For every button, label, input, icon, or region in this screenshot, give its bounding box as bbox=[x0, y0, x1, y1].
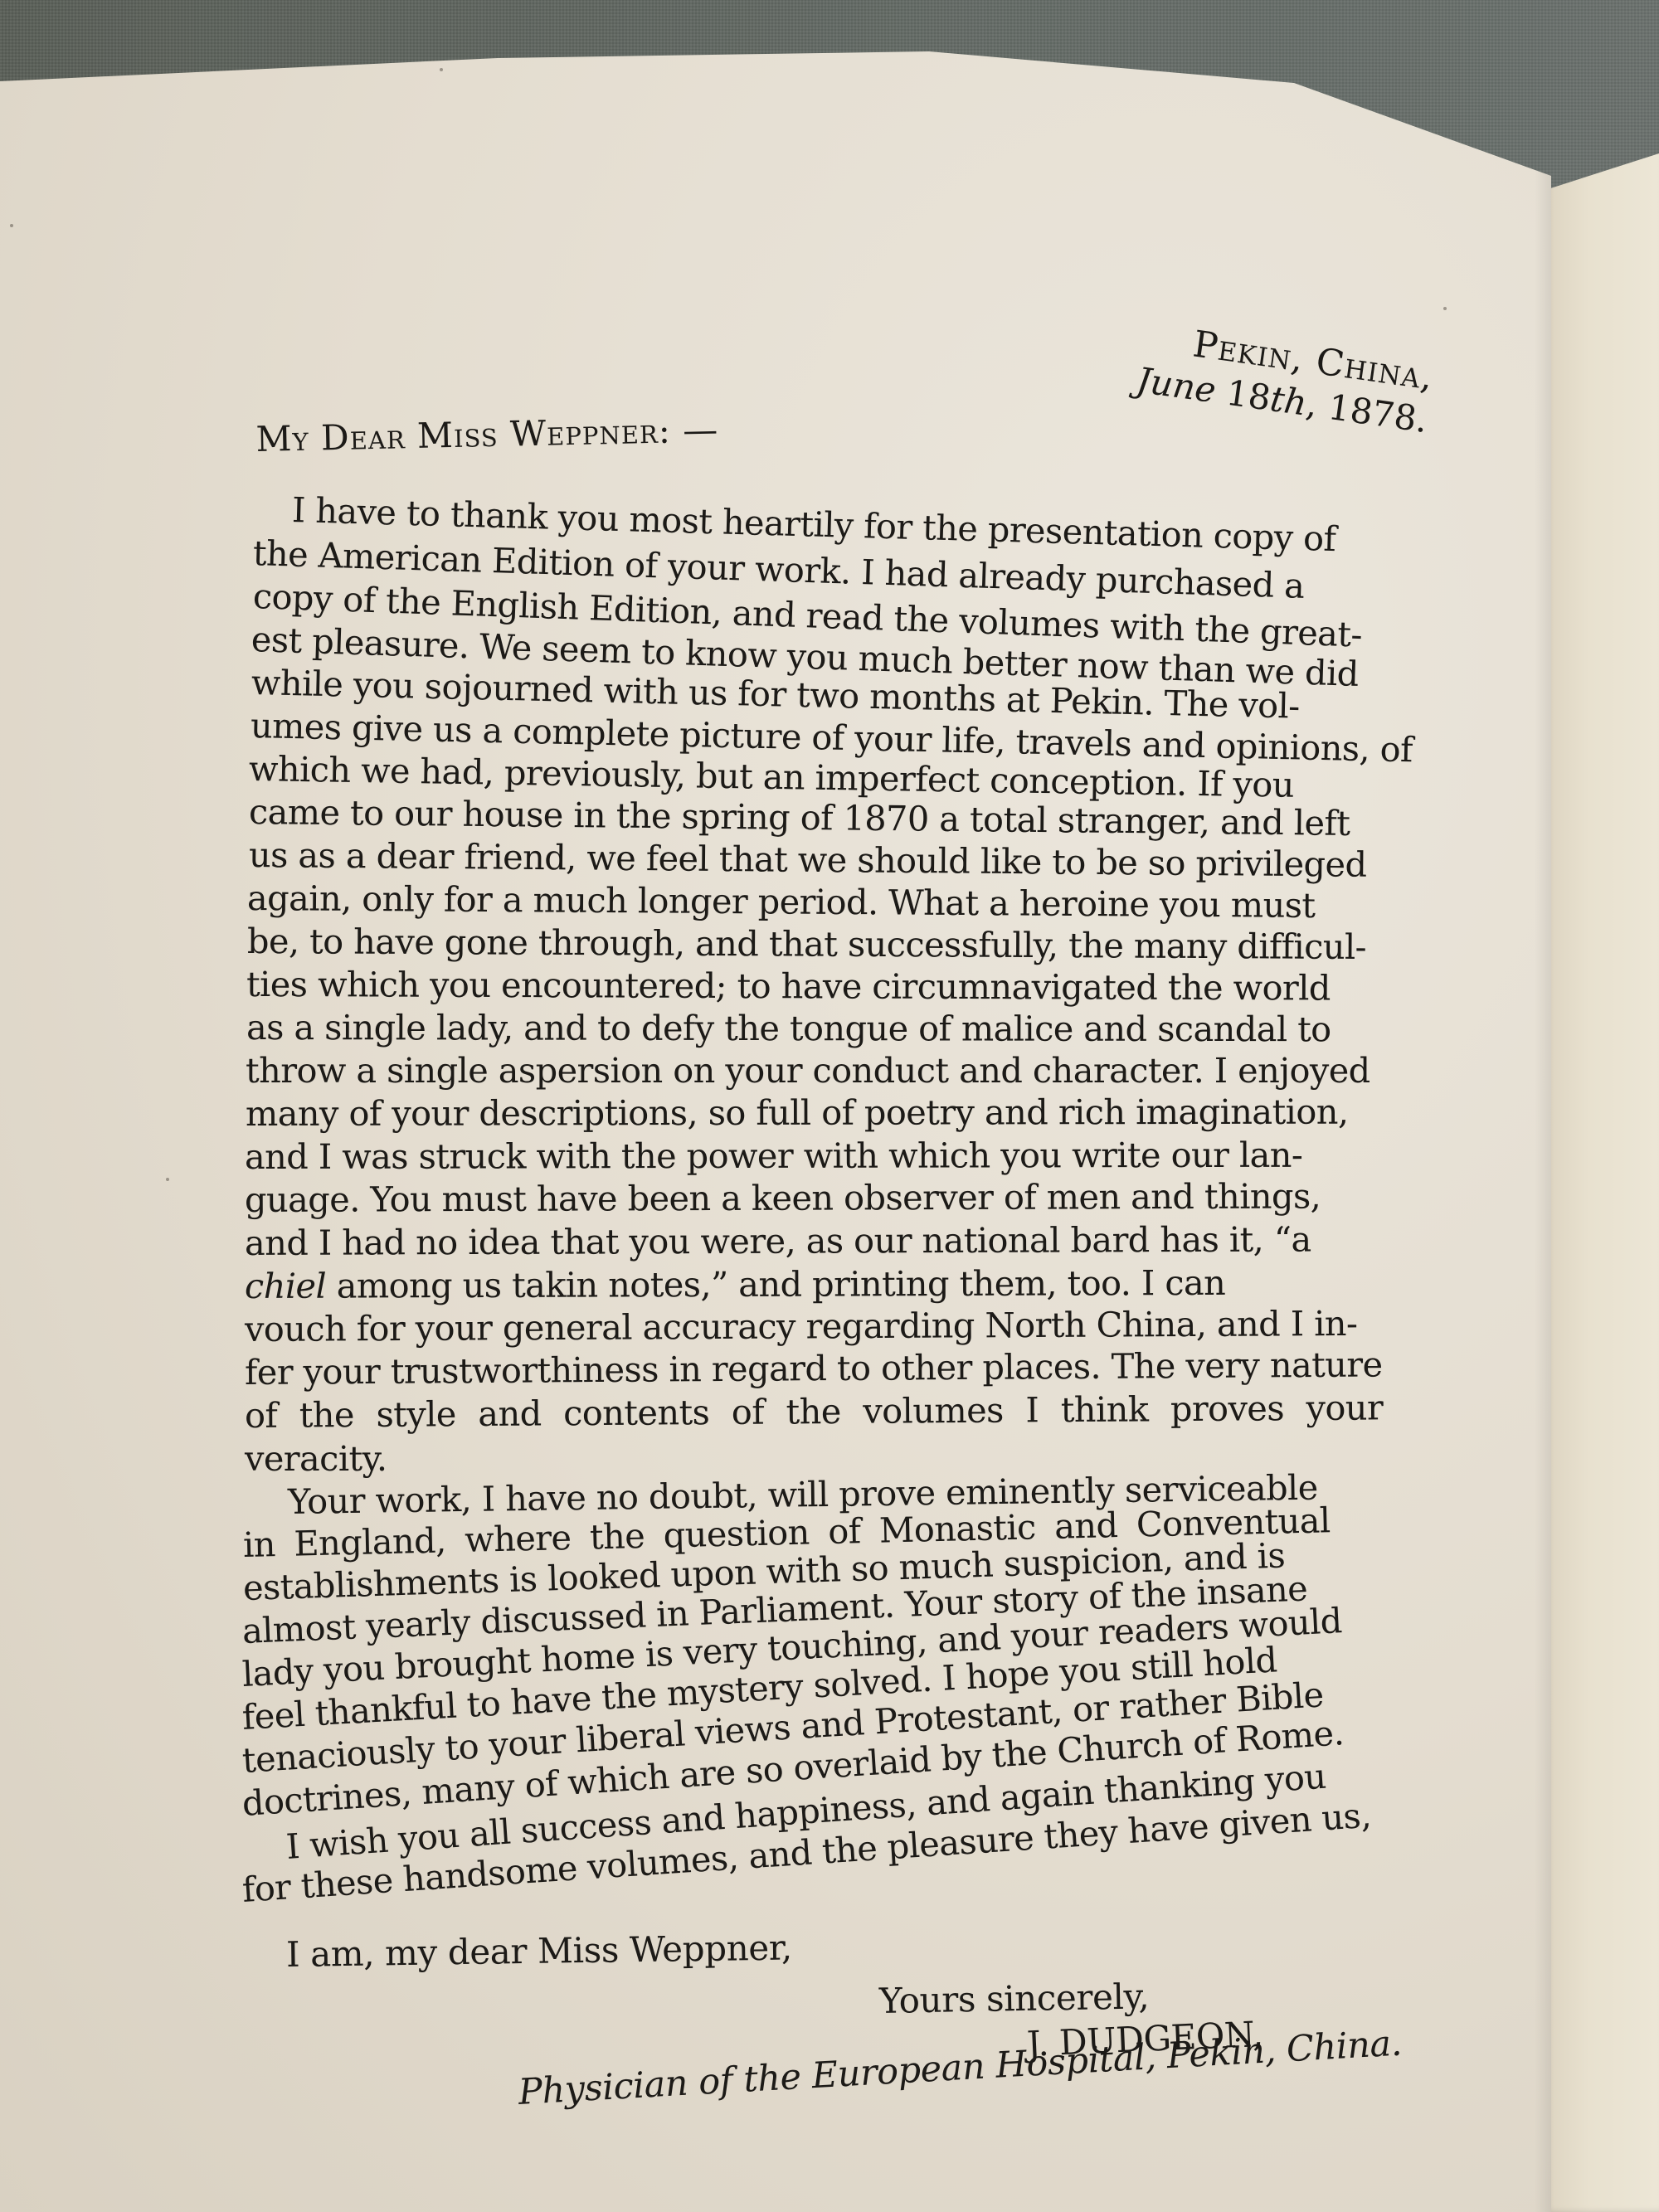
body-line: and I was struck with the power with whi… bbox=[245, 1135, 1302, 1177]
paper-speck bbox=[440, 68, 443, 71]
paper-speck bbox=[1443, 307, 1447, 310]
body-line: vouch for your general accuracy regardin… bbox=[245, 1303, 1358, 1349]
body-line: ties which you encountered; to have circ… bbox=[246, 964, 1331, 1009]
body-line: of the style and contents of the volumes… bbox=[245, 1387, 1383, 1436]
affiliation: Physician of the European Hospital, Peki… bbox=[518, 2023, 1404, 2113]
body-line: again, only for a much longer period. Wh… bbox=[247, 878, 1316, 926]
paper-speck bbox=[10, 224, 13, 227]
body-line: throw a single aspersion on your conduct… bbox=[246, 1050, 1370, 1091]
body-line: as a single lady, and to defy the tongue… bbox=[246, 1007, 1331, 1049]
paper-speck bbox=[166, 1178, 169, 1181]
dateline: Pekin, China, June 118th8th, 1878. bbox=[1129, 315, 1437, 440]
italic-word-chiel: chiel bbox=[245, 1266, 326, 1306]
valediction-line: I am, my dear Miss Weppner, bbox=[286, 1927, 792, 1975]
body-line: and I had no idea that you were, as our … bbox=[245, 1219, 1311, 1263]
adjacent-page-edge bbox=[1543, 0, 1659, 2212]
page-edge-shadow bbox=[1535, 166, 1551, 2212]
salutation: My Dear Miss Weppner: — bbox=[255, 409, 719, 459]
body-line: us as a dear friend, we feel that we sho… bbox=[249, 834, 1367, 885]
body-line-chiel: chiel among us takin notes,” and printin… bbox=[245, 1262, 1225, 1306]
body-line: veracity. bbox=[245, 1438, 387, 1479]
chiel-line-rest: among us takin notes,” and printing them… bbox=[326, 1262, 1225, 1306]
body-line: many of your descriptions, so full of po… bbox=[246, 1091, 1348, 1134]
sign-off: Yours sincerely, bbox=[879, 1976, 1150, 2021]
body-line: guage. You must have been a keen observe… bbox=[245, 1175, 1321, 1220]
book-page: Pekin, China, June 118th8th, 1878. My De… bbox=[0, 0, 1551, 2212]
body-line: fer your trustworthiness in regard to ot… bbox=[245, 1344, 1383, 1393]
body-line: be, to have gone through, and that succe… bbox=[247, 921, 1366, 967]
